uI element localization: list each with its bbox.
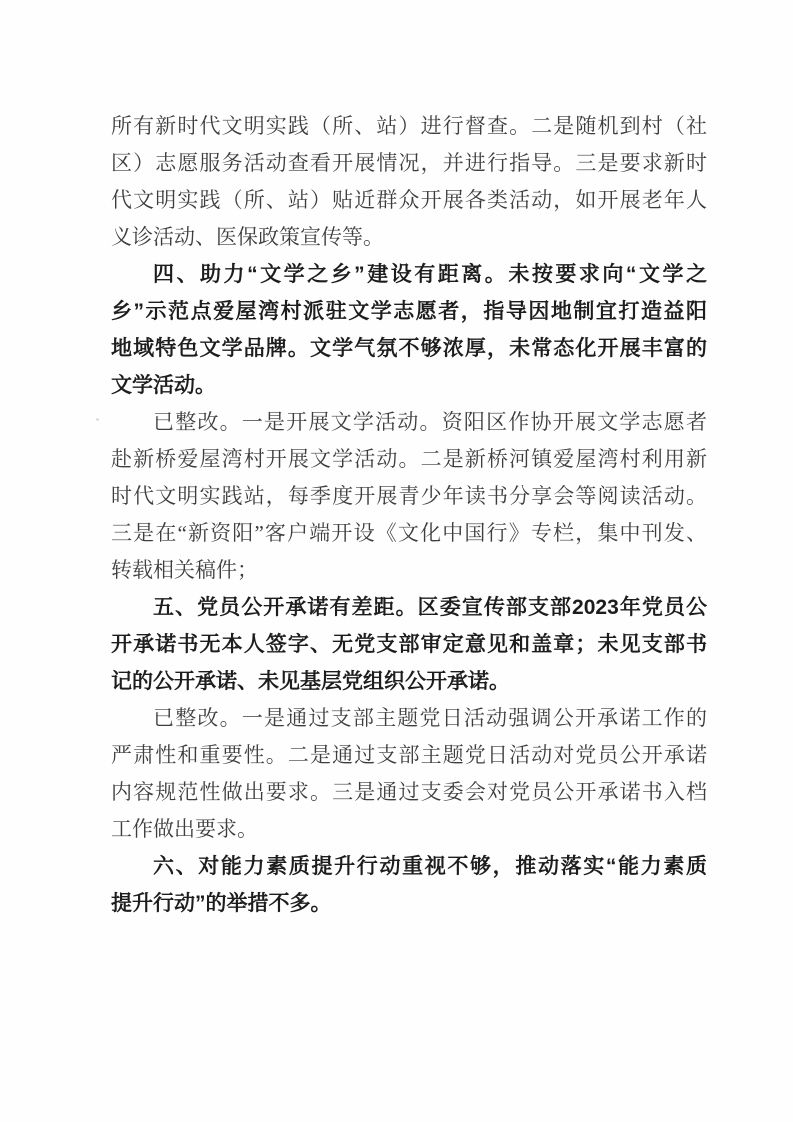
text-line: 提升行动”的举措不多。 xyxy=(111,885,707,922)
document-text-block: 所有新时代文明实践（所、站）进行督查。二是随机到村（社 区）志愿服务活动查看开展… xyxy=(111,108,707,922)
document-page: 所有新时代文明实践（所、站）进行督查。二是随机到村（社 区）志愿服务活动查看开展… xyxy=(0,0,793,1122)
text-line: 工作做出要求。 xyxy=(111,811,707,848)
paragraph-finding-6: 六、对能力素质提升行动重视不够，推动落实“能力素质 提升行动”的举措不多。 xyxy=(111,848,707,922)
text-line: 已整改。一是通过支部主题党日活动强调公开承诺工作的 xyxy=(111,700,707,737)
text-line: 代文明实践（所、站）贴近群众开展各类活动，如开展老年人 xyxy=(111,182,707,219)
text-line: 所有新时代文明实践（所、站）进行督查。二是随机到村（社 xyxy=(111,108,707,145)
text-line: 记的公开承诺、未见基层党组织公开承诺。 xyxy=(111,663,707,700)
text-line: 地域特色文学品牌。文学气氛不够浓厚，未常态化开展丰富的 xyxy=(111,330,707,367)
text-line: 区）志愿服务活动查看开展情况，并进行指导。三是要求新时 xyxy=(111,145,707,182)
text-line: 开承诺书无本人签字、无党支部审定意见和盖章；未见支部书 xyxy=(111,626,707,663)
paragraph-continuation-body: 所有新时代文明实践（所、站）进行督查。二是随机到村（社 区）志愿服务活动查看开展… xyxy=(111,108,707,256)
text-line: 五、党员公开承诺有差距。区委宣传部支部2023年党员公 xyxy=(111,589,707,626)
text-line: 已整改。一是开展文学活动。资阳区作协开展文学志愿者 xyxy=(111,404,707,441)
paragraph-finding-5: 五、党员公开承诺有差距。区委宣传部支部2023年党员公 开承诺书无本人签字、无党… xyxy=(111,589,707,700)
text-line: 严肃性和重要性。二是通过支部主题党日活动对党员公开承诺 xyxy=(111,737,707,774)
text-line: 转载相关稿件； xyxy=(111,552,707,589)
paragraph-rectification-5: 已整改。一是通过支部主题党日活动强调公开承诺工作的 严肃性和重要性。二是通过支部… xyxy=(111,700,707,848)
text-line: 内容规范性做出要求。三是通过支委会对党员公开承诺书入档 xyxy=(111,774,707,811)
scan-noise-speck xyxy=(96,418,99,421)
text-line: 赴新桥爱屋湾村开展文学活动。二是新桥河镇爱屋湾村利用新 xyxy=(111,441,707,478)
text-line: 六、对能力素质提升行动重视不够，推动落实“能力素质 xyxy=(111,848,707,885)
paragraph-finding-4: 四、助力“文学之乡”建设有距离。未按要求向“文学之 乡”示范点爱屋湾村派驻文学志… xyxy=(111,256,707,404)
text-line: 文学活动。 xyxy=(111,367,707,404)
text-line: 乡”示范点爱屋湾村派驻文学志愿者，指导因地制宜打造益阳 xyxy=(111,293,707,330)
text-line: 时代文明实践站，每季度开展青少年读书分享会等阅读活动。 xyxy=(111,478,707,515)
text-line: 三是在“新资阳”客户端开设《文化中国行》专栏，集中刊发、 xyxy=(111,515,707,552)
text-line: 义诊活动、医保政策宣传等。 xyxy=(111,219,707,256)
text-line: 四、助力“文学之乡”建设有距离。未按要求向“文学之 xyxy=(111,256,707,293)
paragraph-rectification-4: 已整改。一是开展文学活动。资阳区作协开展文学志愿者 赴新桥爱屋湾村开展文学活动。… xyxy=(111,404,707,589)
